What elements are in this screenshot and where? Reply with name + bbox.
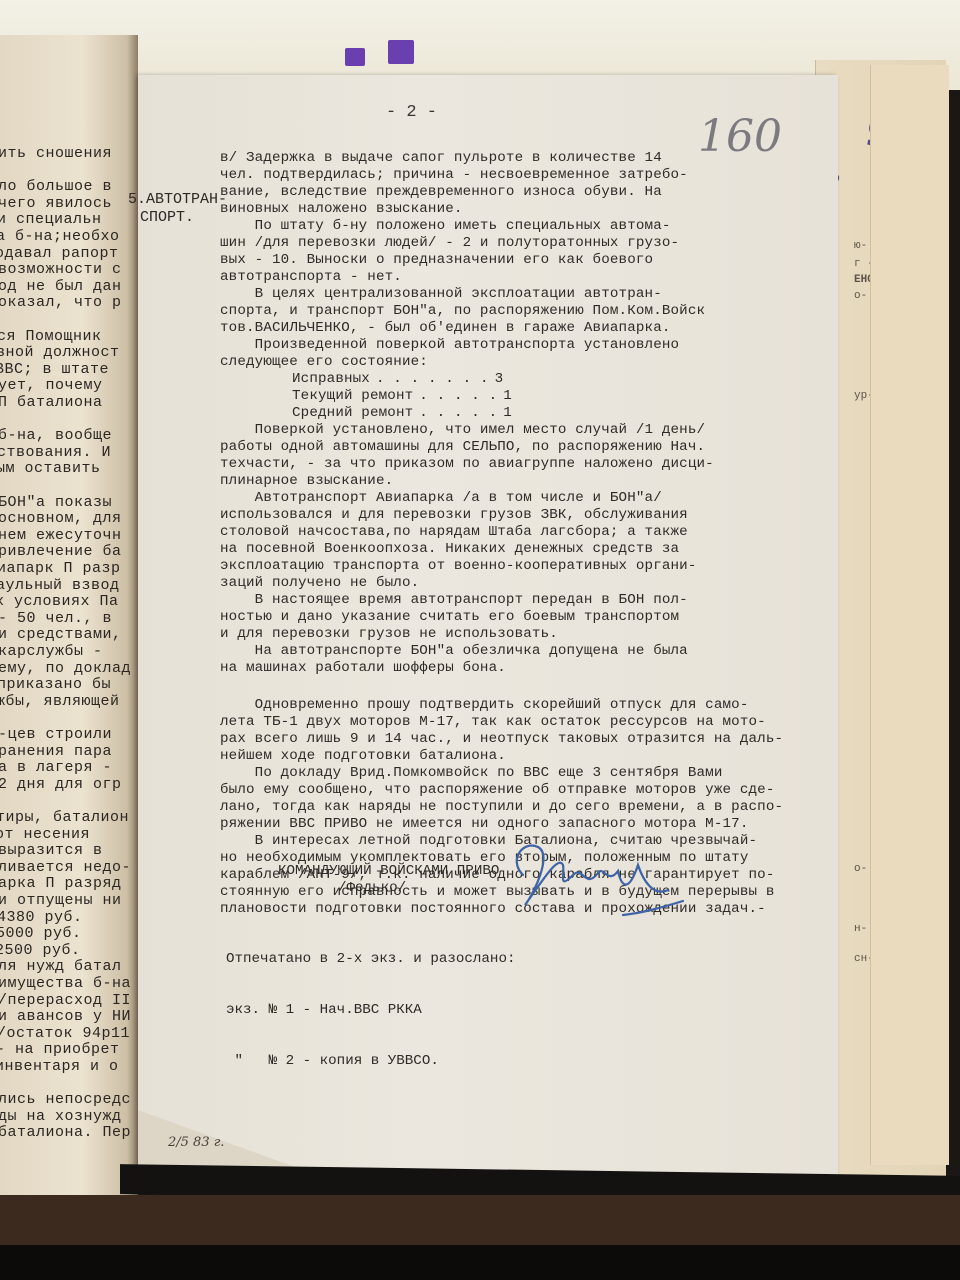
previous-page-text-line: от несения: [0, 826, 90, 843]
document-text-line: чел. подтвердилась; причина - несвоеврем…: [220, 167, 830, 184]
document-text-line: заций получено не было.: [220, 575, 830, 592]
document-text-line: было ему сообщено, что распоряжение об о…: [220, 782, 830, 799]
previous-page-text-line: выразится в: [0, 842, 103, 859]
previous-page-text-line: чего явилось: [0, 195, 112, 212]
previous-page-text-line: имущества б-на: [0, 975, 131, 992]
vehicle-status-value: 3: [495, 371, 504, 387]
purple-tab-marker: [345, 48, 365, 66]
document-text-line: виновных наложено взыскание.: [220, 201, 830, 218]
previous-page-text-line: ствования. И: [0, 444, 111, 461]
previous-page-text-line: тиры, баталион: [0, 809, 129, 826]
page-number: - 2 -: [386, 103, 437, 122]
previous-page-text-line: ривлечение ба: [0, 543, 122, 560]
document-text-line: В настоящее время автотранспорт передан …: [220, 592, 830, 609]
distribution-line: экз. № 1 - Нач.ВВС РККА: [226, 1002, 515, 1019]
vehicle-status-label: Средний ремонт: [292, 405, 413, 421]
vehicle-status-dots: . . . . .: [419, 388, 497, 404]
previous-page-text-line: ло большое в: [0, 178, 112, 195]
previous-page-text-line: аульный взвод: [0, 577, 120, 594]
previous-page-text-line: а в лагеря -: [0, 759, 112, 776]
previous-page-text-line: баталиона. Пер: [0, 1124, 131, 1141]
document-text-line: на машинах работали шофферы бона.: [220, 660, 830, 677]
distribution-line: Отпечатано в 2-х экз. и разослано:: [226, 951, 515, 968]
previous-page-text-line: основном, для: [0, 510, 122, 527]
document-text-line: на посевной Военкоопхоза. Никаких денежн…: [220, 541, 830, 558]
previous-page-text-line: ранения пара: [0, 743, 112, 760]
document-text-line: По штату б-ну положено иметь специальных…: [220, 218, 830, 235]
previous-page-text-line: вной должност: [0, 344, 120, 361]
previous-page-text-line: ить сношения: [0, 145, 112, 162]
previous-page-text-line: лись непосредс: [0, 1091, 131, 1108]
previous-page-text-line: оказал, что р: [0, 294, 122, 311]
previous-page-text-line: /перерасход II: [0, 992, 131, 1009]
previous-page: ить сношенияло большое в чего явилось и …: [0, 35, 138, 1195]
previous-page-text-line: ся Помощник: [0, 328, 102, 345]
previous-page-text-line: - на приобрет: [0, 1041, 120, 1058]
vehicle-status-row: Средний ремонт. . . . .1: [220, 405, 830, 422]
previous-page-text-line: ля нужд батал: [0, 958, 122, 975]
document-text-line: На автотранспорте БОН"а обезличка допуще…: [220, 643, 830, 660]
previous-page-text-line: жбы, являющей: [0, 693, 120, 710]
document-body: в/ Задержка в выдаче сапог пульроте в ко…: [220, 150, 830, 918]
vehicle-status-label: Исправных: [292, 371, 370, 387]
previous-page-text-line: нем ежесуточн: [0, 527, 122, 544]
document-text-line: автотранспорта - нет.: [220, 269, 830, 286]
document-text-line: столовой начсостава,по нарядам Штаба лаг…: [220, 524, 830, 541]
previous-page-text-line: инвентаря и о: [0, 1058, 119, 1075]
previous-page-text-line: /остаток 94р11: [0, 1025, 130, 1042]
back-text-fragment: о-: [854, 863, 867, 875]
document-text-line: лета ТБ-1 двух моторов М-17, так как ост…: [220, 714, 830, 731]
previous-page-text-line: П баталиона: [0, 394, 103, 411]
document-text-line: Поверкой установлено, что имел место слу…: [220, 422, 830, 439]
back-text-fragment: ю-: [854, 240, 867, 252]
vehicle-status-value: 1: [503, 388, 512, 404]
previous-page-text-line: ует, почему: [0, 377, 103, 394]
document-text-line: По докладу Врид.Помкомвойск по ВВС еще 3…: [220, 765, 830, 782]
document-text-line: тов.ВАСИЛЬЧЕНКО, - был об'единен в гараж…: [220, 320, 830, 337]
document-text-line: В целях централизованной эксплоатации ав…: [220, 286, 830, 303]
back-page: [870, 65, 949, 1165]
vehicle-status-dots: . . . . .: [419, 405, 497, 421]
distribution-line: " № 2 - копия в УВВСО.: [226, 1053, 515, 1070]
previous-page-text-line: а б-на;необхо: [0, 228, 120, 245]
section-heading-autotransport: 5.АВТОТРАН- СПОРТ.: [128, 191, 227, 227]
previous-page-text-line: 2500 руб.: [0, 942, 81, 959]
table-surface: [0, 1195, 960, 1245]
document-text-line: и для перевозки грузов не использовать.: [220, 626, 830, 643]
previous-page-text-line: ды на хознужд: [0, 1108, 122, 1125]
previous-page-text-line: приказано бы: [0, 676, 111, 693]
previous-page-text-line: арка П разряд: [0, 875, 122, 892]
document-text-line: рах всего лишь 9 и 14 час., и неотпуск т…: [220, 731, 830, 748]
previous-page-text-line: ым оставить: [0, 460, 101, 477]
handwritten-corner-note: 2/5 83 г.: [168, 1135, 224, 1150]
distribution-list: Отпечатано в 2-х экз. и разослано: экз. …: [226, 917, 515, 1104]
previous-page-text-line: - 50 чел., в: [0, 610, 112, 627]
previous-page-text-line: 4380 руб.: [0, 909, 83, 926]
paragraph-gap: [220, 677, 830, 697]
previous-page-text-line: од не был дан: [0, 278, 122, 295]
document-text-line: Одновременно прошу подтвердить скорейший…: [220, 697, 830, 714]
vehicle-status-value: 1: [503, 405, 512, 421]
document-text-line: работы одной автомашины для СЕЛЬПО, по р…: [220, 439, 830, 456]
previous-page-text-line: -цев строили: [0, 726, 112, 743]
previous-page-text-line: 5000 руб.: [0, 925, 82, 942]
document-text-line: Произведенной поверкой автотранспорта ус…: [220, 337, 830, 354]
vehicle-status-label: Текущий ремонт: [292, 388, 413, 404]
document-text-line: вание, вследствие преждевременного износ…: [220, 184, 830, 201]
previous-page-text-line: возможности с: [0, 261, 122, 278]
document-text-line: лано, тогда как наряды не поступили и до…: [220, 799, 830, 816]
document-text-line: шин /для перевозки людей/ - 2 и полутора…: [220, 235, 830, 252]
document-text-line: эксплоатацию транспорта от военно-коопер…: [220, 558, 830, 575]
previous-page-text-line: и авансов у НИ: [0, 1008, 131, 1025]
document-text-line: плинарное взыскание.: [220, 473, 830, 490]
previous-page-text-line: одавал рапорт: [0, 245, 119, 262]
previous-page-text-line: ливается недо-: [0, 859, 131, 876]
document-text-line: нейшем ходе подготовки баталиона.: [220, 748, 830, 765]
vehicle-status-dots: . . . . . . .: [376, 371, 489, 387]
document-text-line: использовался и для перевозки грузов ЗВК…: [220, 507, 830, 524]
previous-page-text-line: х условиях Па: [0, 593, 119, 610]
document-text-line: техчасти, - за что приказом по авиагрупп…: [220, 456, 830, 473]
previous-page-text-line: иапарк П разр: [0, 560, 121, 577]
vehicle-status-row: Текущий ремонт. . . . .1: [220, 388, 830, 405]
vehicle-status-row: Исправных. . . . . . .3: [220, 371, 830, 388]
heading-line: 5.АВТОТРАН-: [128, 191, 227, 209]
previous-page-text-line: ВВС; в штате: [0, 361, 109, 378]
signatory-title: КОМАНДУЮЩИЙ ВОЙСКАМИ ПРИВО: [278, 863, 499, 880]
document-text-line: вых - 10. Выноски о предназначении его к…: [220, 252, 830, 269]
document-text-line: следующее его состояние:: [220, 354, 830, 371]
table-edge: [0, 1245, 960, 1280]
previous-page-text-line: и специальн: [0, 211, 102, 228]
previous-page-text-line: БОН"а показы: [0, 494, 112, 511]
back-text-fragment: о-: [854, 290, 867, 302]
previous-page-text-line: карслужбы -: [0, 643, 103, 660]
previous-page-text-line: и средствами,: [0, 626, 122, 643]
document-page: - 2 - 160 5.АВТОТРАН- СПОРТ. в/ Задержка…: [138, 75, 838, 1190]
signatory-name: /Федько/: [278, 880, 499, 897]
previous-page-text-line: ему, по доклад: [0, 660, 131, 677]
document-text-line: Автотранспорт Авиапарка /а в том числе и…: [220, 490, 830, 507]
signature-block: КОМАНДУЮЩИЙ ВОЙСКАМИ ПРИВО /Федько/: [278, 863, 499, 897]
document-text-line: в/ Задержка в выдаче сапог пульроте в ко…: [220, 150, 830, 167]
previous-page-text-line: 2 дня для огр: [0, 776, 122, 793]
purple-tab-marker: [388, 40, 414, 64]
handwritten-signature: [503, 835, 703, 925]
previous-page-text-line: б-на, вообще: [0, 427, 112, 444]
previous-page-text-line: и отпущены ни: [0, 892, 122, 909]
document-text-line: спорта, и транспорт БОН"а, по распоряжен…: [220, 303, 830, 320]
document-text-line: ностью и дано указание считать его боевы…: [220, 609, 830, 626]
heading-line: СПОРТ.: [128, 209, 227, 227]
document-text-line: ряжении ВВС ПРИВО не имеется ни одного з…: [220, 816, 830, 833]
back-text-fragment: н-: [854, 923, 867, 935]
